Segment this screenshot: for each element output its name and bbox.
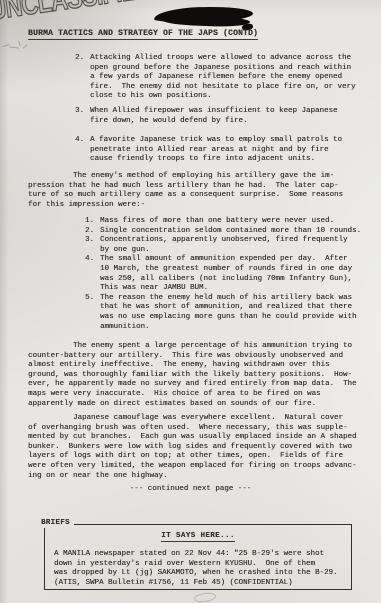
paragraph-artillery-method: The enemy's method of employing his arti… [28, 172, 343, 210]
paragraph-counter-battery: The enemy spent a large percentage of hi… [28, 342, 357, 409]
pencil-mark [22, 44, 27, 49]
continued-note: --- continued next page --- [0, 485, 381, 495]
list-text: Concentrations, apparently unobserved, f… [100, 236, 348, 255]
scan-smudge [193, 592, 216, 603]
list-number: 4. [75, 136, 90, 146]
briefs-heading-text: IT SAYS HERE... [161, 532, 235, 542]
page-title: BURMA TACTICS AND STRATEGY OF THE JAPS (… [28, 29, 258, 40]
unclassified-stamp: UNCLASSIFIED [0, 0, 154, 27]
list-text: Attacking Allied troops were allowed to … [90, 54, 356, 102]
list-number: 1. [85, 217, 100, 227]
list-text: The reason the enemy held much of his ar… [100, 294, 357, 332]
list-item-2: 2. Attacking Allied troops were allowed … [75, 54, 356, 102]
reason-item-4: 4. The small amount of ammunition expend… [85, 255, 361, 293]
list-number: 3. [75, 107, 90, 117]
paragraph-camouflage: Japanese camouflage was everywhere excel… [28, 414, 357, 481]
list-number: 2. [85, 227, 100, 237]
list-text: The small amount of ammunition expended … [100, 255, 352, 293]
briefs-heading: IT SAYS HERE... [45, 532, 351, 540]
list-item-3: 3. When Allied firepower was insufficien… [75, 107, 338, 126]
reason-item-1: 1. Mass fires of more than one battery w… [85, 217, 361, 227]
list-number: 4. [85, 255, 100, 265]
reasons-list: 1. Mass fires of more than one battery w… [85, 217, 361, 332]
briefs-text: A MANILA newspaper stated on 22 Nov 44: … [54, 550, 338, 588]
briefs-label: BRIEFS [40, 519, 74, 528]
list-text: When Allied firepower was insufficient t… [90, 107, 338, 126]
list-number: 5. [85, 294, 100, 304]
document-page: UNCLASSIFIED BURMA TACTICS AND STRATEGY … [0, 0, 381, 603]
pencil-mark [18, 41, 21, 46]
list-number: 3. [85, 236, 100, 246]
list-text: Mass fires of more than one battery were… [100, 217, 334, 227]
reason-item-3: 3. Concentrations, apparently unobserved… [85, 236, 361, 255]
list-item-4: 4. A favorite Japanese trick was to empl… [75, 136, 342, 165]
list-text: A favorite Japanese trick was to employ … [90, 136, 342, 165]
pencil-mark [9, 46, 19, 48]
briefs-box: BRIEFS IT SAYS HERE... A MANILA newspape… [44, 524, 352, 590]
reason-item-5: 5. The reason the enemy held much of his… [85, 294, 361, 332]
list-number: 2. [75, 54, 90, 64]
reason-item-2: 2. Single concentration seldom contained… [85, 227, 361, 237]
list-text: Single concentration seldom contained mo… [100, 227, 361, 237]
